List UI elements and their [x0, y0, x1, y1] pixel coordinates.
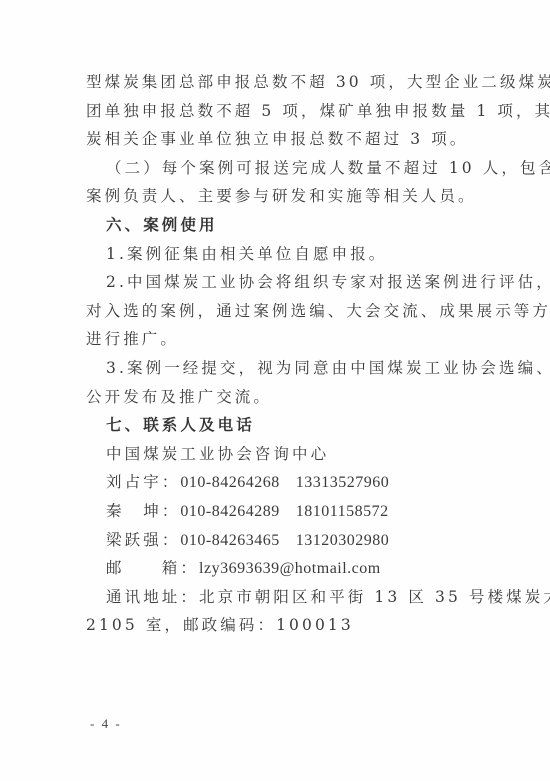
contact-name: 秦 坤 — [106, 497, 162, 526]
document-page: 型煤炭集团总部申报总数不超 30 项，大型企业二级煤炭集 团单独申报总数不超 5… — [0, 0, 550, 781]
contact-row: 秦 坤：010-8426428918101158572 — [86, 497, 464, 526]
separator: ： — [162, 473, 181, 491]
contact-name: 刘占宇 — [106, 468, 162, 497]
contact-mobile: 13313527960 — [296, 474, 390, 491]
document-body: 型煤炭集团总部申报总数不超 30 项，大型企业二级煤炭集 团单独申报总数不超 5… — [86, 68, 464, 640]
section-heading-case-usage: 六、案例使用 — [86, 211, 464, 240]
body-line: 型煤炭集团总部申报总数不超 30 项，大型企业二级煤炭集 — [86, 68, 464, 97]
body-line: 炭相关企事业单位独立申报总数不超过 3 项。 — [86, 125, 464, 154]
contact-mobile: 18101158572 — [296, 503, 389, 520]
separator: ： — [180, 559, 199, 577]
separator: ： — [162, 531, 181, 549]
contact-phone: 010-84263465 — [180, 532, 279, 549]
contact-phone: 010-84264268 — [180, 474, 279, 491]
section-heading-contacts: 七、联系人及电话 — [86, 411, 464, 440]
body-line: 团单独申报总数不超 5 项，煤矿单独申报数量 1 项，其他煤 — [86, 97, 464, 126]
body-line: （二）每个案例可报送完成人数量不超过 10 人，包含 — [86, 154, 464, 183]
address-line-1: 通讯地址：北京市朝阳区和平街 13 区 35 号楼煤炭大厦 — [86, 583, 464, 612]
organization-name: 中国煤炭工业协会咨询中心 — [86, 440, 464, 469]
body-line: 对入选的案例，通过案例选编、大会交流、成果展示等方式 — [86, 297, 464, 326]
body-line: 3.案例一经提交，视为同意由中国煤炭工业协会选编、 — [86, 354, 464, 383]
contact-phone: 010-84264289 — [180, 503, 279, 520]
body-line: 公开发布及推广交流。 — [86, 383, 464, 412]
address-line-2: 2105 室，邮政编码：100013 — [86, 611, 464, 640]
body-line: 2.中国煤炭工业协会将组织专家对报送案例进行评估， — [86, 268, 464, 297]
body-line: 案例负责人、主要参与研发和实施等相关人员。 — [86, 182, 464, 211]
contact-row: 梁跃强：010-8426346513120302980 — [86, 526, 464, 555]
email-address: lzy3693639@hotmail.com — [199, 560, 381, 577]
email-row: 邮 箱：lzy3693639@hotmail.com — [86, 554, 464, 583]
separator: ： — [162, 502, 181, 520]
contact-row: 刘占宇：010-8426426813313527960 — [86, 468, 464, 497]
body-line: 1.案例征集由相关单位自愿申报。 — [86, 240, 464, 269]
email-label: 邮 箱 — [106, 559, 180, 577]
body-line: 进行推广。 — [86, 325, 464, 354]
contact-mobile: 13120302980 — [296, 532, 390, 549]
page-number: - 4 - — [90, 716, 122, 732]
contact-name: 梁跃强 — [106, 526, 162, 555]
